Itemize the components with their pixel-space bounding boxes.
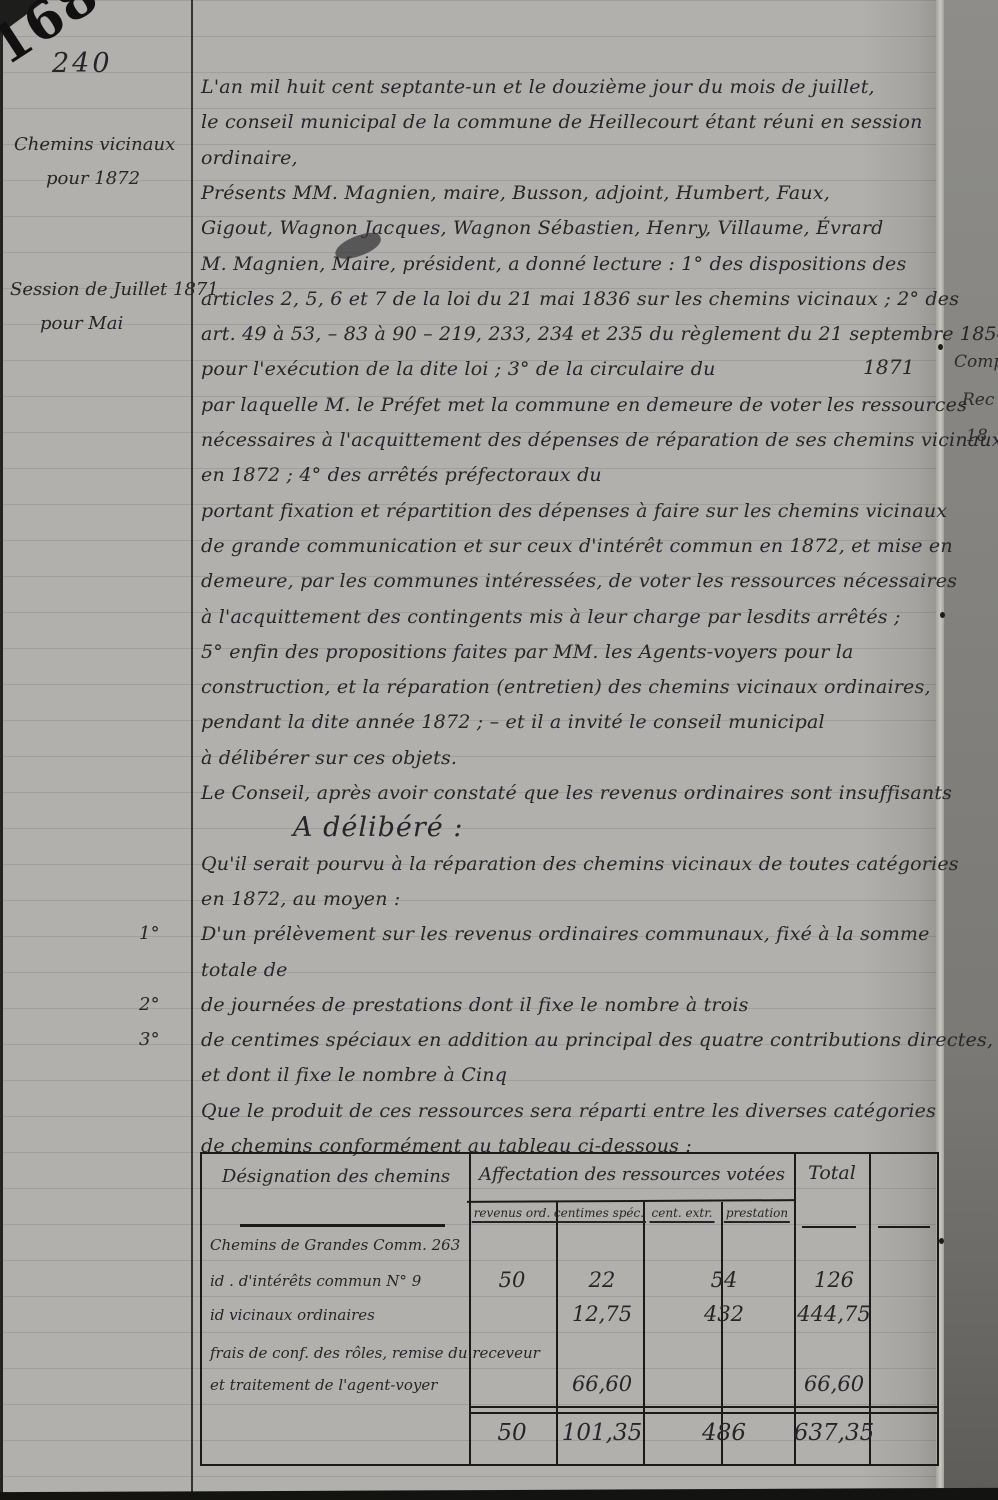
text-line: pendant la dite année 1872 ; – et il a i… (201, 709, 946, 735)
text-line: construction, et la réparation (entretie… (201, 674, 946, 700)
cell-centimes: 66,60 (572, 1372, 632, 1396)
cell-prestation: 54 (711, 1268, 738, 1292)
cell-total: 444,75 (797, 1302, 870, 1326)
text-line: 1°D'un prélèvement sur les revenus ordin… (201, 921, 946, 947)
text-line: ordinaire, (201, 145, 946, 171)
text-line: Qu'il serait pourvu à la réparation des … (201, 851, 946, 877)
text-line: 2°de journées de prestations dont il fix… (201, 992, 946, 1018)
table-dash (802, 1226, 856, 1228)
text-line: art. 49 à 53, – 83 à 90 – 219, 233, 234 … (201, 321, 946, 347)
text-line: M. Magnien, Maire, président, a donné le… (201, 251, 946, 277)
text-line: 5° enfin des propositions faites par MM.… (201, 639, 946, 665)
bottom-scan-shadow (0, 1488, 998, 1500)
text-line: portant fixation et répartition des dépe… (201, 498, 946, 524)
cell-centimes: 12,75 (572, 1302, 632, 1326)
line-tail-year: 1871 (863, 354, 915, 380)
text-line: Gigout, Wagnon Jacques, Wagnon Sébastien… (201, 215, 946, 241)
cell-total: 66,60 (804, 1372, 864, 1396)
total-prestation: 486 (702, 1420, 746, 1446)
ink-speck (939, 1238, 944, 1244)
margin-note-session-line2: pour Mai (40, 313, 123, 334)
margin-note-session-line1: Session de Juillet 1871 (10, 279, 219, 300)
table-dash (240, 1224, 445, 1227)
total-centimes: 101,35 (562, 1420, 642, 1446)
next-page-edge-band (944, 0, 998, 1500)
resources-table: Désignation des chemins Affectation des … (200, 1152, 939, 1466)
table-rule (469, 1406, 937, 1408)
page-number: 240 (52, 48, 113, 79)
item-number: 2° (139, 992, 160, 1018)
text-line: et dont il fixe le nombre à Cinq (201, 1062, 946, 1088)
table-dash (878, 1226, 930, 1228)
left-scan-edge (0, 0, 3, 1500)
text-line: le conseil municipal de la commune de He… (201, 109, 946, 135)
cell-total: 126 (814, 1268, 854, 1292)
text-line: en 1872, au moyen : (201, 886, 946, 912)
cell-revenus: 50 (499, 1268, 526, 1292)
text-line: Que le produit de ces ressources sera ré… (201, 1098, 946, 1124)
column-header-designation: Désignation des chemins (222, 1166, 450, 1187)
column-header-total: Total (808, 1162, 856, 1184)
cell-prestation: 432 (704, 1302, 744, 1326)
table-rule (556, 1202, 558, 1464)
text-line: par laquelle M. le Préfet met la commune… (201, 392, 946, 418)
text-line: de grande communication et sur ceux d'in… (201, 533, 946, 559)
text-line: 3°de centimes spéciaux en addition au pr… (201, 1027, 946, 1053)
table-rule (467, 1199, 796, 1203)
text-line: Présents MM. Magnien, maire, Busson, adj… (201, 180, 946, 206)
item-number: 3° (139, 1027, 160, 1053)
margin-note-subject-line2: pour 1872 (46, 168, 140, 189)
text-line: à l'acquittement des contingents mis à l… (201, 604, 946, 630)
text-line: totale de (201, 957, 946, 983)
margin-rule (191, 0, 193, 1492)
text-line: L'an mil huit cent septante-un et le dou… (201, 74, 946, 100)
row-label: et traitement de l'agent-voyer (210, 1376, 437, 1394)
table-rule (643, 1202, 645, 1464)
row-label: id . d'intérêts commun N° 9 (210, 1272, 421, 1290)
text-line: demeure, par les communes intéressées, d… (201, 568, 946, 594)
total-revenus: 50 (497, 1420, 526, 1446)
subcolumn-header: prestation (724, 1206, 790, 1223)
text-line: Le Conseil, après avoir constaté que les… (201, 780, 946, 806)
text-line: A délibéré : (201, 815, 998, 841)
text-line: pour l'exécution de la dite loi ; 3° de … (201, 356, 946, 382)
text-line: nécessaires à l'acquittement des dépense… (201, 427, 946, 453)
total-total: 637,35 (794, 1420, 874, 1446)
table-rule (469, 1412, 937, 1414)
row-label: frais de conf. des rôles, remise du rece… (210, 1344, 540, 1362)
edge-note: Compt (954, 352, 998, 372)
subcolumn-header: centimes spéc. (552, 1206, 646, 1223)
item-number: 1° (139, 921, 160, 947)
row-label: id vicinaux ordinaires (210, 1306, 375, 1324)
row-label: Chemins de Grandes Comm. 263 (210, 1236, 460, 1254)
text-line: à délibérer sur ces objets. (201, 745, 946, 771)
subcolumn-header: revenus ord. (472, 1206, 553, 1223)
register-page: ComptRec18 168 240 Chemins vicinaux pour… (0, 0, 998, 1500)
text-line: articles 2, 5, 6 et 7 de la loi du 21 ma… (201, 286, 946, 312)
text-line: en 1872 ; 4° des arrêtés préfectoraux du (201, 462, 946, 488)
margin-note-subject-line1: Chemins vicinaux (14, 134, 175, 155)
subcolumn-header: cent. extr. (650, 1206, 715, 1223)
cell-centimes: 22 (589, 1268, 616, 1292)
column-header-affectation: Affectation des ressources votées (479, 1164, 785, 1185)
